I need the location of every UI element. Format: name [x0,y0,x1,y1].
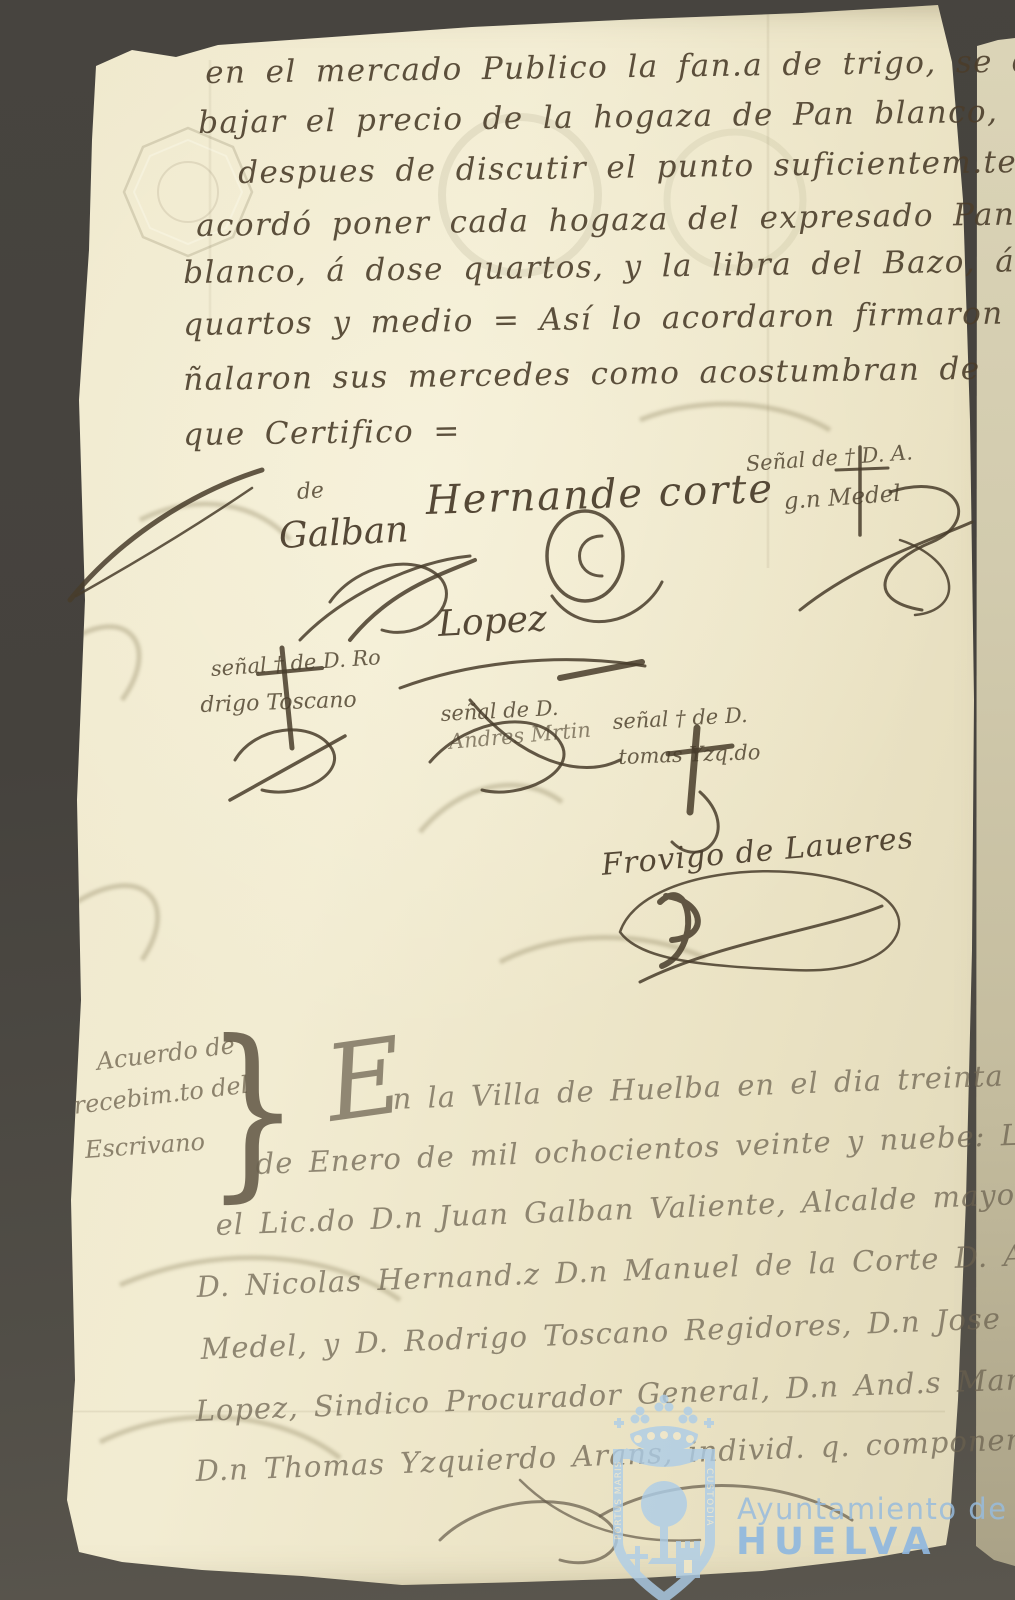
huelva-coat-of-arms: PORTUS MARIS CUSTODIA [604,1390,724,1600]
scanned-manuscript-photo: en el mercado Publico la fan.a de trigo,… [0,0,1015,1600]
initial-capital: E [318,1014,411,1145]
shield-motto-right: CUSTODIA [704,1468,714,1527]
signature-rubrics [0,0,1015,1600]
castle-tower-icon [676,1541,700,1578]
watermark-city: HUELVA [736,1520,938,1563]
shield-motto-left: PORTUS MARIS [614,1461,624,1540]
margin-brace: } [205,1002,300,1220]
